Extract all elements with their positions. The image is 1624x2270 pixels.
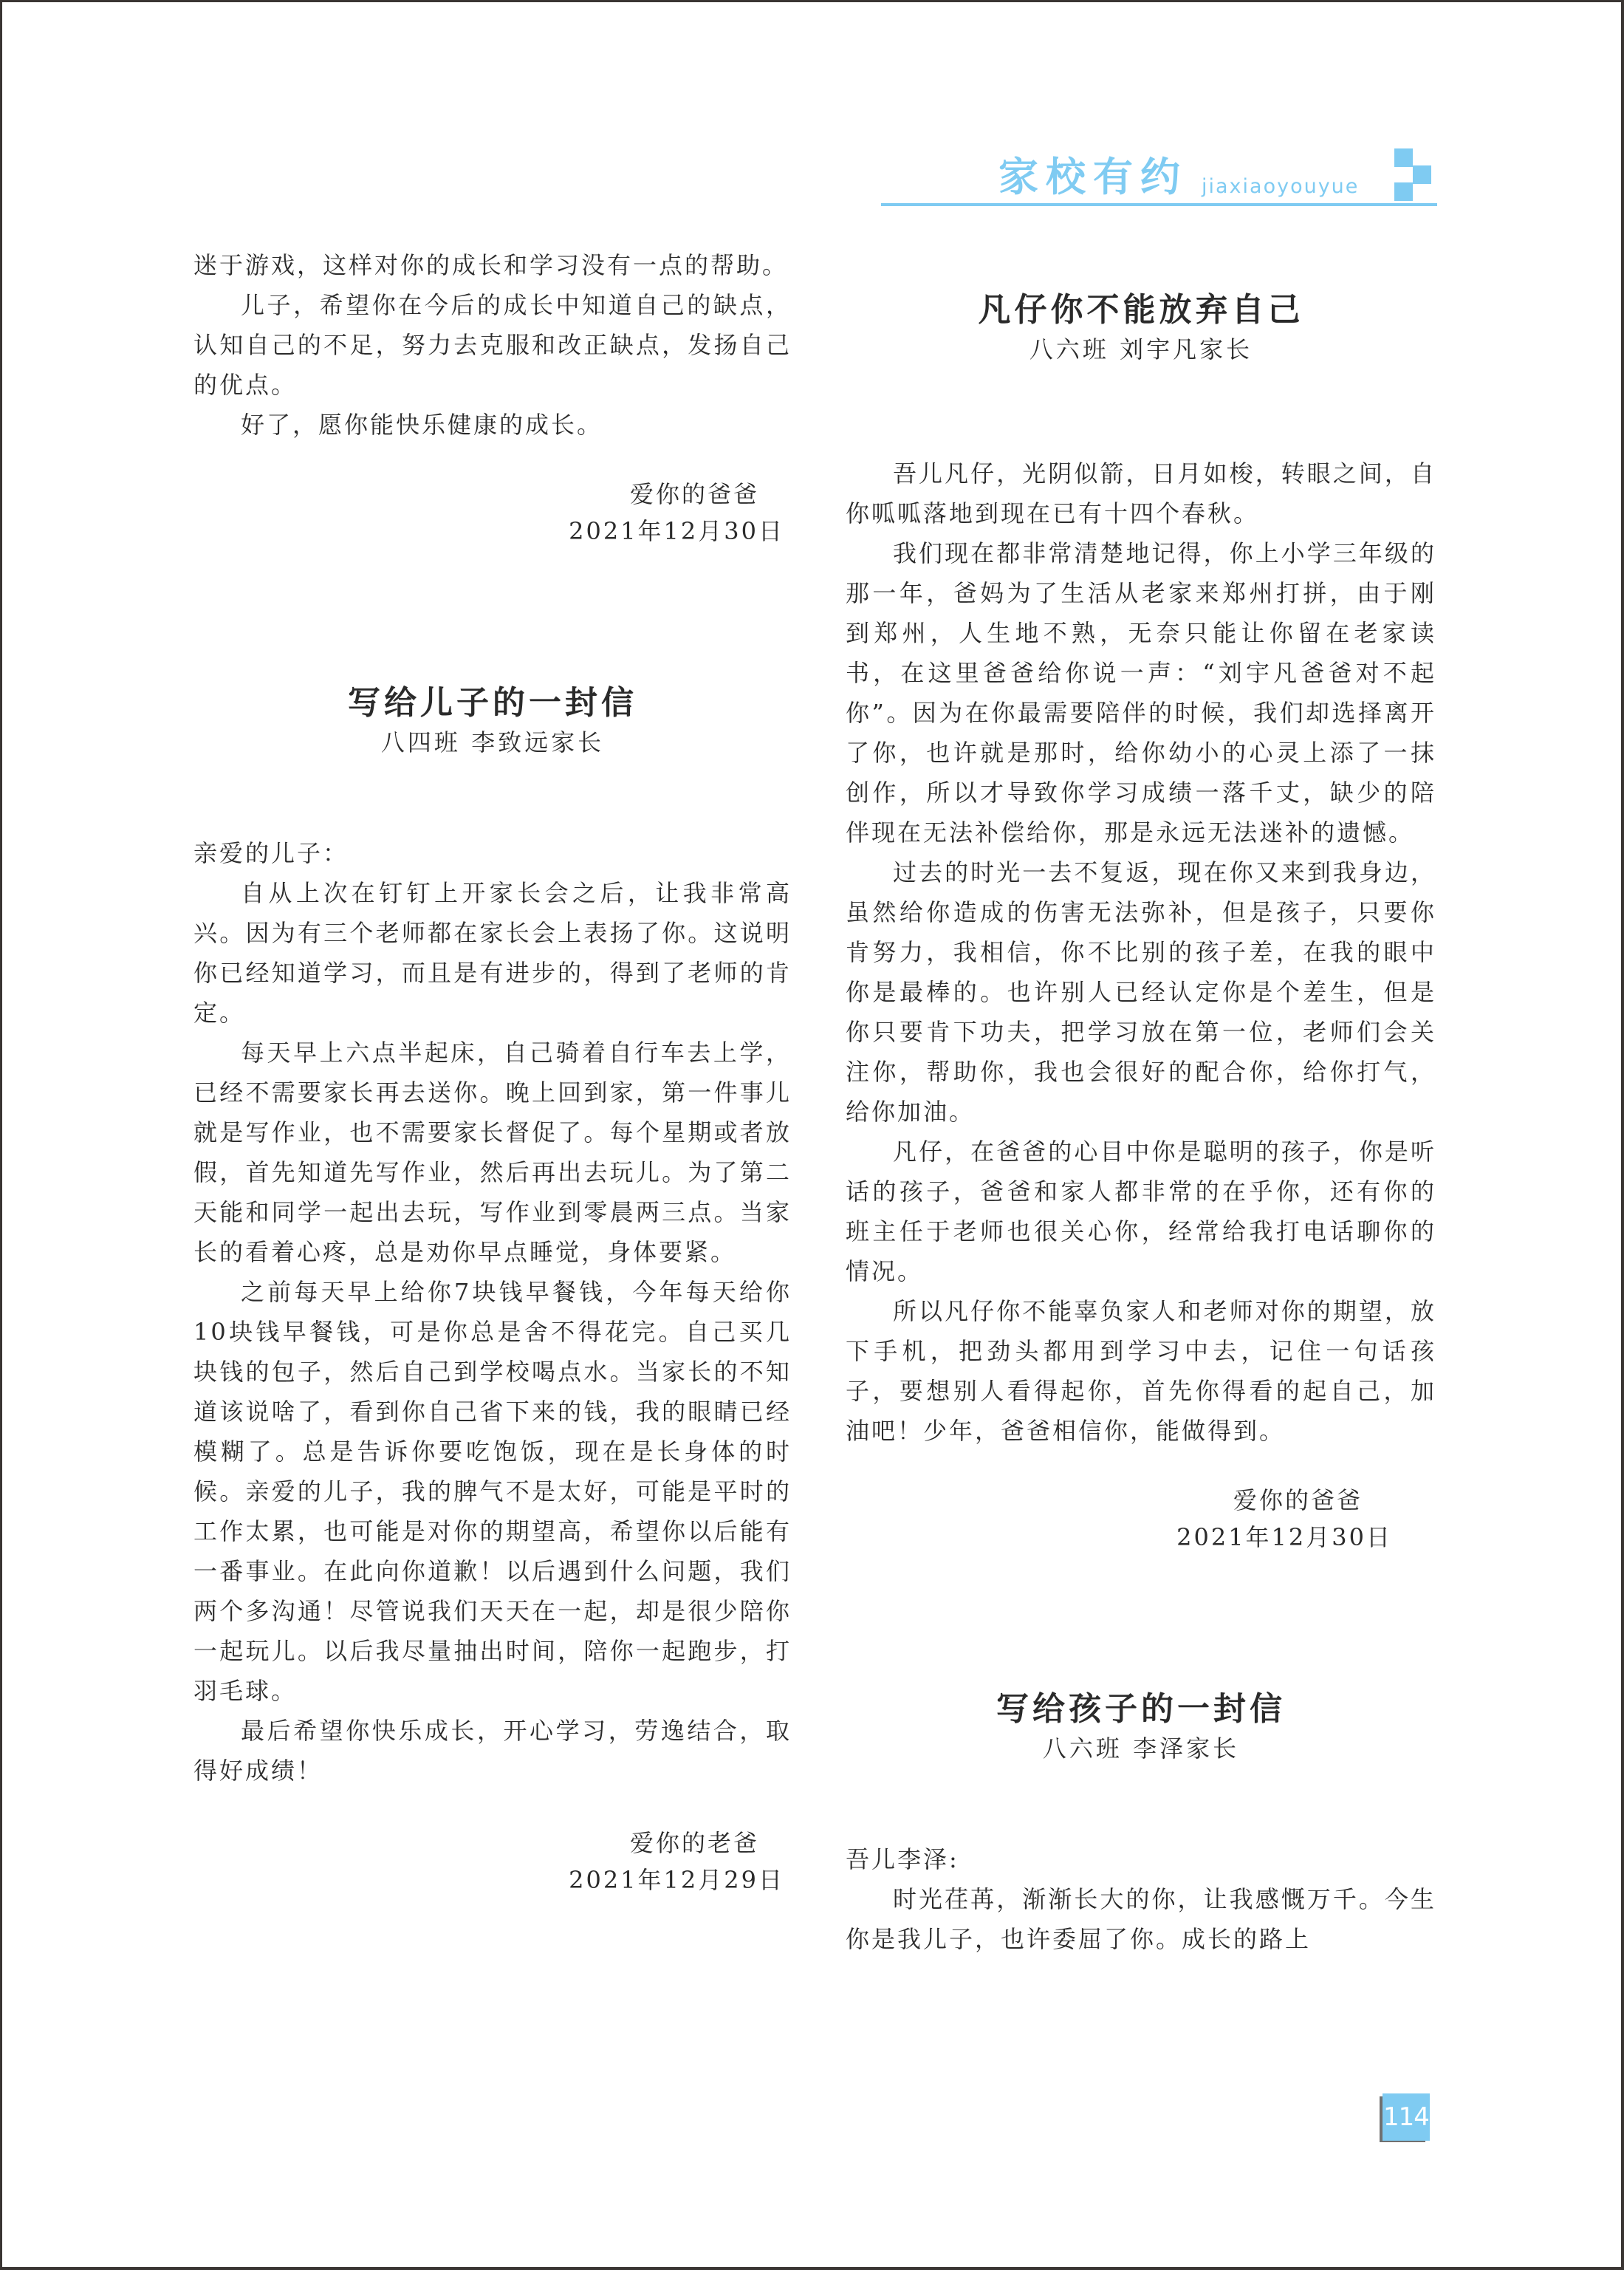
paragraph: 我们现在都非常清楚地记得，你上小学三年级的那一年，爸妈为了生活从老家来郑州打拼，… — [846, 533, 1436, 852]
paragraph: 所以凡仔你不能辜负家人和老师对你的期望，放下手机，把劲头都用到学习中去，记住一句… — [846, 1291, 1436, 1451]
signature-date: 2021年12月30日 — [193, 511, 792, 551]
page-number-badge: 114 — [1383, 2093, 1430, 2141]
signature: 爱你的爸爸 — [846, 1480, 1436, 1520]
paragraph: 最后希望你快乐成长，开心学习，劳逸结合，取得好成绩！ — [193, 1711, 792, 1791]
paragraph: 好了，愿你能快乐健康的成长。 — [193, 405, 792, 445]
letter-fanzai: 凡仔你不能放弃自己 八六班 刘宇凡家长 吾儿凡仔，光阴似箭，日月如梭，转眼之间，… — [846, 288, 1436, 1557]
paragraph: 每天早上六点半起床，自己骑着自行车去上学，已经不需要家长再去送你。晚上回到家，第… — [193, 1033, 792, 1272]
paragraph: 凡仔，在爸爸的心目中你是聪明的孩子，你是听话的孩子，爸爸和家人都非常的在乎你，还… — [846, 1132, 1436, 1291]
section-pinyin: jiaxiaoyouyue — [1202, 174, 1359, 199]
paragraph: 之前每天早上给你7块钱早餐钱，今年每天给你10块钱早餐钱，可是你总是舍不得花完。… — [193, 1272, 792, 1711]
continued-letter: 迷于游戏，这样对你的成长和学习没有一点的帮助。 儿子，希望你在今后的成长中知道自… — [193, 245, 792, 551]
section-title: 家校有约 — [998, 154, 1188, 201]
decorative-square-icon — [1394, 148, 1413, 167]
letter-byline: 八四班 李致远家长 — [193, 725, 792, 759]
letter-byline: 八六班 刘宇凡家长 — [846, 332, 1436, 366]
paragraph: 吾儿凡仔，光阴似箭，日月如梭，转眼之间，自你呱呱落地到现在已有十四个春秋。 — [846, 454, 1436, 533]
salutation: 亲爱的儿子： — [193, 833, 792, 873]
decorative-square-icon — [1394, 182, 1413, 201]
letter-title: 凡仔你不能放弃自己 — [846, 288, 1436, 332]
signature-date: 2021年12月29日 — [193, 1860, 792, 1900]
left-column: 迷于游戏，这样对你的成长和学习没有一点的帮助。 儿子，希望你在今后的成长中知道自… — [193, 245, 792, 1900]
paragraph: 自从上次在钉钉上开家长会之后，让我非常高兴。因为有三个老师都在家长会上表扬了你。… — [193, 873, 792, 1033]
letter-to-son: 写给儿子的一封信 八四班 李致远家长 亲爱的儿子： 自从上次在钉钉上开家长会之后… — [193, 681, 792, 1900]
signature: 爱你的老爸 — [193, 1823, 792, 1863]
signature: 爱你的爸爸 — [193, 474, 792, 514]
paragraph: 迷于游戏，这样对你的成长和学习没有一点的帮助。 — [193, 245, 792, 285]
paragraph: 儿子，希望你在今后的成长中知道自己的缺点，认知自己的不足，努力去克服和改正缺点，… — [193, 285, 792, 405]
letter-title: 写给儿子的一封信 — [193, 681, 792, 725]
letter-byline: 八六班 李泽家长 — [846, 1731, 1436, 1765]
decorative-square-icon — [1413, 165, 1431, 184]
signature-date: 2021年12月30日 — [846, 1517, 1436, 1557]
page-number: 114 — [1383, 2093, 1430, 2141]
paragraph: 过去的时光一去不复返，现在你又来到我身边，虽然给你造成的伤害无法弥补，但是孩子，… — [846, 852, 1436, 1132]
paragraph: 时光荏苒，渐渐长大的你，让我感慨万千。今生你是我儿子，也许委屈了你。成长的路上 — [846, 1879, 1436, 1959]
right-column: 凡仔你不能放弃自己 八六班 刘宇凡家长 吾儿凡仔，光阴似箭，日月如梭，转眼之间，… — [846, 288, 1436, 1959]
header-divider — [881, 203, 1437, 206]
letter-to-child: 写给孩子的一封信 八六班 李泽家长 吾儿李泽: 时光荏苒，渐渐长大的你，让我感慨… — [846, 1687, 1436, 1959]
letter-title: 写给孩子的一封信 — [846, 1687, 1436, 1731]
salutation: 吾儿李泽: — [846, 1839, 1436, 1879]
